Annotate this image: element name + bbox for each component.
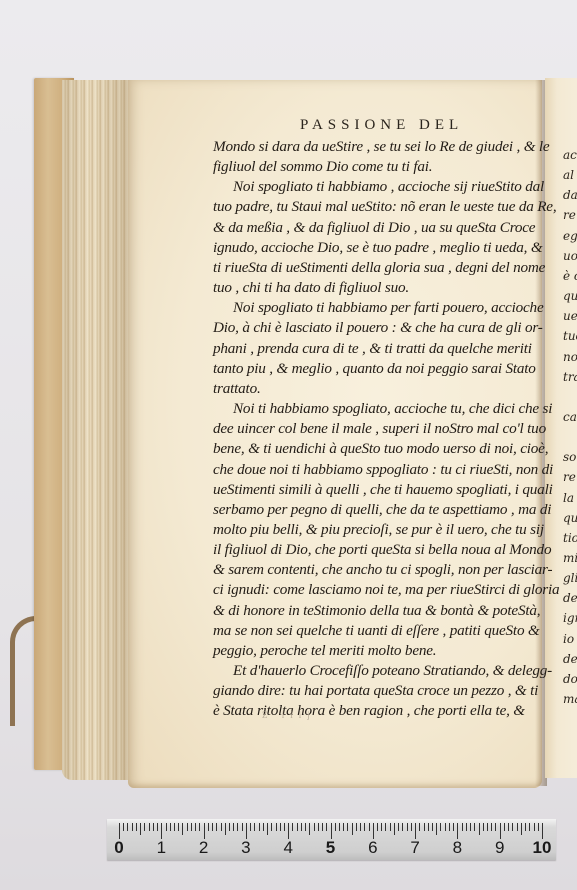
ruler-tick xyxy=(436,823,437,835)
facing-text-fragment: uer xyxy=(563,309,577,323)
ruler-tick xyxy=(326,823,327,831)
ruler-tick xyxy=(318,823,319,831)
text-line: Mondo si dara da ueStire , se tu sei lo … xyxy=(213,137,531,157)
ruler-tick xyxy=(237,823,238,831)
ruler-tick xyxy=(445,823,446,831)
text-line: Noi spogliato ti habbiamo , accioche sij… xyxy=(213,177,531,197)
text-line: serbamo per pegno di quelli, che da te a… xyxy=(213,500,531,520)
facing-text-fragment: tra xyxy=(563,370,577,384)
ruler-tick xyxy=(500,823,501,839)
ruler-tick xyxy=(144,823,145,831)
ruler-tick xyxy=(407,823,408,831)
text-line: il figliuol di Dio, che porti queSta si … xyxy=(213,540,531,560)
ruler-tick xyxy=(149,823,150,831)
facing-text-fragment: io xyxy=(563,632,574,646)
ruler-tick xyxy=(123,823,124,831)
ruler-tick xyxy=(352,823,353,835)
text-line: tuo , chi ti ha dato di figliuol suo. xyxy=(213,278,531,298)
text-line: & da meßia , & da figliuol di Dio , ua s… xyxy=(213,218,531,238)
ruler-tick xyxy=(487,823,488,831)
ruler-tick xyxy=(208,823,209,831)
ruler-label-6: 6 xyxy=(368,839,377,857)
ruler-tick xyxy=(271,823,272,831)
ruler-tick xyxy=(538,823,539,831)
ruler-tick xyxy=(495,823,496,831)
ruler-tick xyxy=(297,823,298,831)
ruler-tick xyxy=(419,823,420,831)
ruler-tick xyxy=(221,823,222,831)
facing-text-fragment: è c xyxy=(563,269,577,283)
ruler-tick xyxy=(462,823,463,831)
text-line: che doue noi ti habbiamo sppogliato : tu… xyxy=(213,460,531,480)
bookmark-string xyxy=(10,616,36,726)
ruler-tick xyxy=(466,823,467,831)
ruler-tick xyxy=(508,823,509,831)
ruler-tick xyxy=(127,823,128,831)
ruler-tick xyxy=(263,823,264,831)
ruler-tick xyxy=(292,823,293,831)
text-line: trattato. xyxy=(213,379,531,399)
facing-text-fragment: ca xyxy=(563,410,577,424)
ruler-tick xyxy=(453,823,454,831)
ruler-tick xyxy=(132,823,133,831)
ruler-label-1: 1 xyxy=(157,839,166,857)
ruler-tick xyxy=(166,823,167,831)
ruler-tick xyxy=(178,823,179,831)
ruler-tick xyxy=(191,823,192,831)
ruler-tick xyxy=(314,823,315,831)
ruler-tick xyxy=(322,823,323,831)
ruler-tick xyxy=(525,823,526,831)
text-line: molto piu belli, & piu precioſi, se pur … xyxy=(213,520,531,540)
ruler-tick xyxy=(402,823,403,831)
ruler-tick xyxy=(259,823,260,831)
ruler-tick xyxy=(305,823,306,831)
ruler-tick xyxy=(309,823,310,835)
ruler-tick xyxy=(432,823,433,831)
ruler-tick xyxy=(212,823,213,831)
ruler-tick xyxy=(233,823,234,831)
ruler-tick xyxy=(356,823,357,831)
ruler-label-5: 5 xyxy=(326,839,335,857)
ruler-tick xyxy=(153,823,154,831)
ruler-tick xyxy=(288,823,289,839)
ruler-tick xyxy=(542,823,543,839)
ruler-tick xyxy=(195,823,196,831)
ruler-tick xyxy=(136,823,137,831)
ruler-tick xyxy=(216,823,217,831)
text-line: ci ignudi: come lasciamo noi te, ma per … xyxy=(213,580,531,600)
text-line: è Stata ritolta hora è ben ragion , che … xyxy=(213,701,531,721)
ruler-tick xyxy=(440,823,441,831)
ruler-tick xyxy=(161,823,162,839)
ruler-tick xyxy=(140,823,141,835)
ruler-tick xyxy=(250,823,251,831)
ruler-tick xyxy=(483,823,484,831)
ruler-tick xyxy=(339,823,340,831)
facing-text-fragment: da xyxy=(563,188,577,202)
text-line: & sarem contenti, che ancho tu ci spogli… xyxy=(213,560,531,580)
ruler-label-10: 10 xyxy=(533,839,552,857)
facing-text-fragment: al xyxy=(563,168,574,182)
facing-text-fragment: re xyxy=(563,470,576,484)
text-line: Noi ti habbiamo spogliato, accioche tu, … xyxy=(213,399,531,419)
facing-text-fragment: non xyxy=(563,350,577,364)
ruler-tick xyxy=(373,823,374,839)
ruler-tick xyxy=(385,823,386,831)
ruler-tick xyxy=(457,823,458,839)
text-line: & di honore in teStimonio della tua & bo… xyxy=(213,601,531,621)
ruler-tick xyxy=(364,823,365,831)
ruler-tick xyxy=(415,823,416,839)
ruler-tick xyxy=(276,823,277,831)
text-line: ueStimenti simili à quelli , che ti haue… xyxy=(213,480,531,500)
ruler-label-4: 4 xyxy=(283,839,292,857)
ruler-tick xyxy=(504,823,505,831)
facing-text-fragment: ac xyxy=(563,148,577,162)
ruler-tick xyxy=(512,823,513,831)
ruler-tick xyxy=(204,823,205,839)
facing-text-fragment: re xyxy=(563,208,576,222)
text-line: tuo padre, tu Staui mal ueStito: nõ eran… xyxy=(213,197,531,217)
ruler-tick xyxy=(267,823,268,835)
ruler-tick xyxy=(280,823,281,831)
facing-text-fragment: que xyxy=(563,511,577,525)
text-line: figliuol del sommo Dio come tu ti fai. xyxy=(213,157,531,177)
ruler-tick xyxy=(174,823,175,831)
facing-text-fragment: uol xyxy=(563,249,577,263)
ruler-tick xyxy=(474,823,475,831)
text-line: ma se non sei quelche ti uanti di eſſere… xyxy=(213,621,531,641)
facing-text-fragment: del xyxy=(563,591,577,605)
ruler-tick xyxy=(390,823,391,831)
ruler-tick xyxy=(157,823,158,831)
ruler-tick xyxy=(301,823,302,831)
facing-text-fragment: tion xyxy=(563,531,577,545)
facing-text-fragment: do xyxy=(563,672,577,686)
facing-text-fragment: eg xyxy=(563,229,577,243)
signature-mark: Z iiij xyxy=(262,710,316,720)
ruler-tick xyxy=(377,823,378,831)
ruler-tick xyxy=(170,823,171,831)
ruler-tick xyxy=(534,823,535,831)
text-line: phani , prenda cura di te , & ti tratti … xyxy=(213,339,531,359)
text-line: ti riueSta di ueStimenti della gloria su… xyxy=(213,258,531,278)
text-line: bene, & ti uendichi à queSto tuo modo ue… xyxy=(213,439,531,459)
ruler-tick xyxy=(335,823,336,831)
text-line: tanto piu , & meglio , quanto da noi peg… xyxy=(213,359,531,379)
ruler-tick xyxy=(411,823,412,831)
body-text: Mondo si dara da ueStire , se tu sei lo … xyxy=(213,137,531,722)
ruler-tick xyxy=(229,823,230,831)
ruler-label-8: 8 xyxy=(453,839,462,857)
ruler-tick xyxy=(254,823,255,831)
ruler-tick xyxy=(284,823,285,831)
ruler-tick xyxy=(470,823,471,831)
measurement-ruler: 012345678910 xyxy=(107,819,556,860)
ruler-tick xyxy=(449,823,450,831)
ruler-tick xyxy=(369,823,370,831)
ruler-label-2: 2 xyxy=(199,839,208,857)
text-line: peggio, peroche tel meriti molto bene. xyxy=(213,641,531,661)
ruler-tick xyxy=(331,823,332,839)
facing-text-fragment: que xyxy=(563,289,577,303)
facing-text-fragment: tuo xyxy=(563,329,577,343)
text-line: Dio, à chi è lasciato il pouero : & che … xyxy=(213,318,531,338)
ruler-label-3: 3 xyxy=(241,839,250,857)
ruler-tick xyxy=(187,823,188,831)
ruler-tick xyxy=(246,823,247,839)
text-line: dee uincer col bene il male , superi il … xyxy=(213,419,531,439)
ruler-tick xyxy=(182,823,183,835)
ruler-tick xyxy=(424,823,425,831)
ruler-tick xyxy=(394,823,395,835)
page-block-shading xyxy=(62,80,134,780)
ruler-label-0: 0 xyxy=(114,839,123,857)
running-head: PASSIONE DEL xyxy=(300,117,463,134)
ruler-tick xyxy=(343,823,344,831)
facing-text-fragment: so xyxy=(563,450,576,464)
facing-text-fragment: mi xyxy=(563,551,577,565)
facing-text-fragment: gli xyxy=(563,571,577,585)
ruler-label-7: 7 xyxy=(410,839,419,857)
ruler-tick xyxy=(119,823,120,839)
ruler-tick xyxy=(428,823,429,831)
text-line: Noi spogliato ti habbiamo per farti poue… xyxy=(213,298,531,318)
ruler-label-9: 9 xyxy=(495,839,504,857)
ruler-tick xyxy=(347,823,348,831)
ruler-tick xyxy=(491,823,492,831)
ruler-ticks xyxy=(119,823,544,839)
facing-text-fragment: del xyxy=(563,652,577,666)
ruler-tick xyxy=(398,823,399,831)
ruler-tick xyxy=(199,823,200,831)
facing-text-fragment: ign xyxy=(563,611,577,625)
ruler-tick xyxy=(521,823,522,835)
text-line: Et d'hauerlo Crocefiſſo poteano Stratian… xyxy=(213,661,531,681)
facing-text-fragment: la xyxy=(563,491,574,505)
facing-text-fragment: ma xyxy=(563,692,577,706)
text-line: giando dire: tu hai portata queSta croce… xyxy=(213,681,531,701)
ruler-tick xyxy=(479,823,480,835)
text-line: ignudo, accioche Dio, se è tuo padre , m… xyxy=(213,238,531,258)
ruler-tick xyxy=(517,823,518,831)
ruler-tick xyxy=(381,823,382,831)
ruler-tick xyxy=(225,823,226,835)
ruler-tick xyxy=(360,823,361,831)
ruler-tick xyxy=(529,823,530,831)
ruler-tick xyxy=(242,823,243,831)
